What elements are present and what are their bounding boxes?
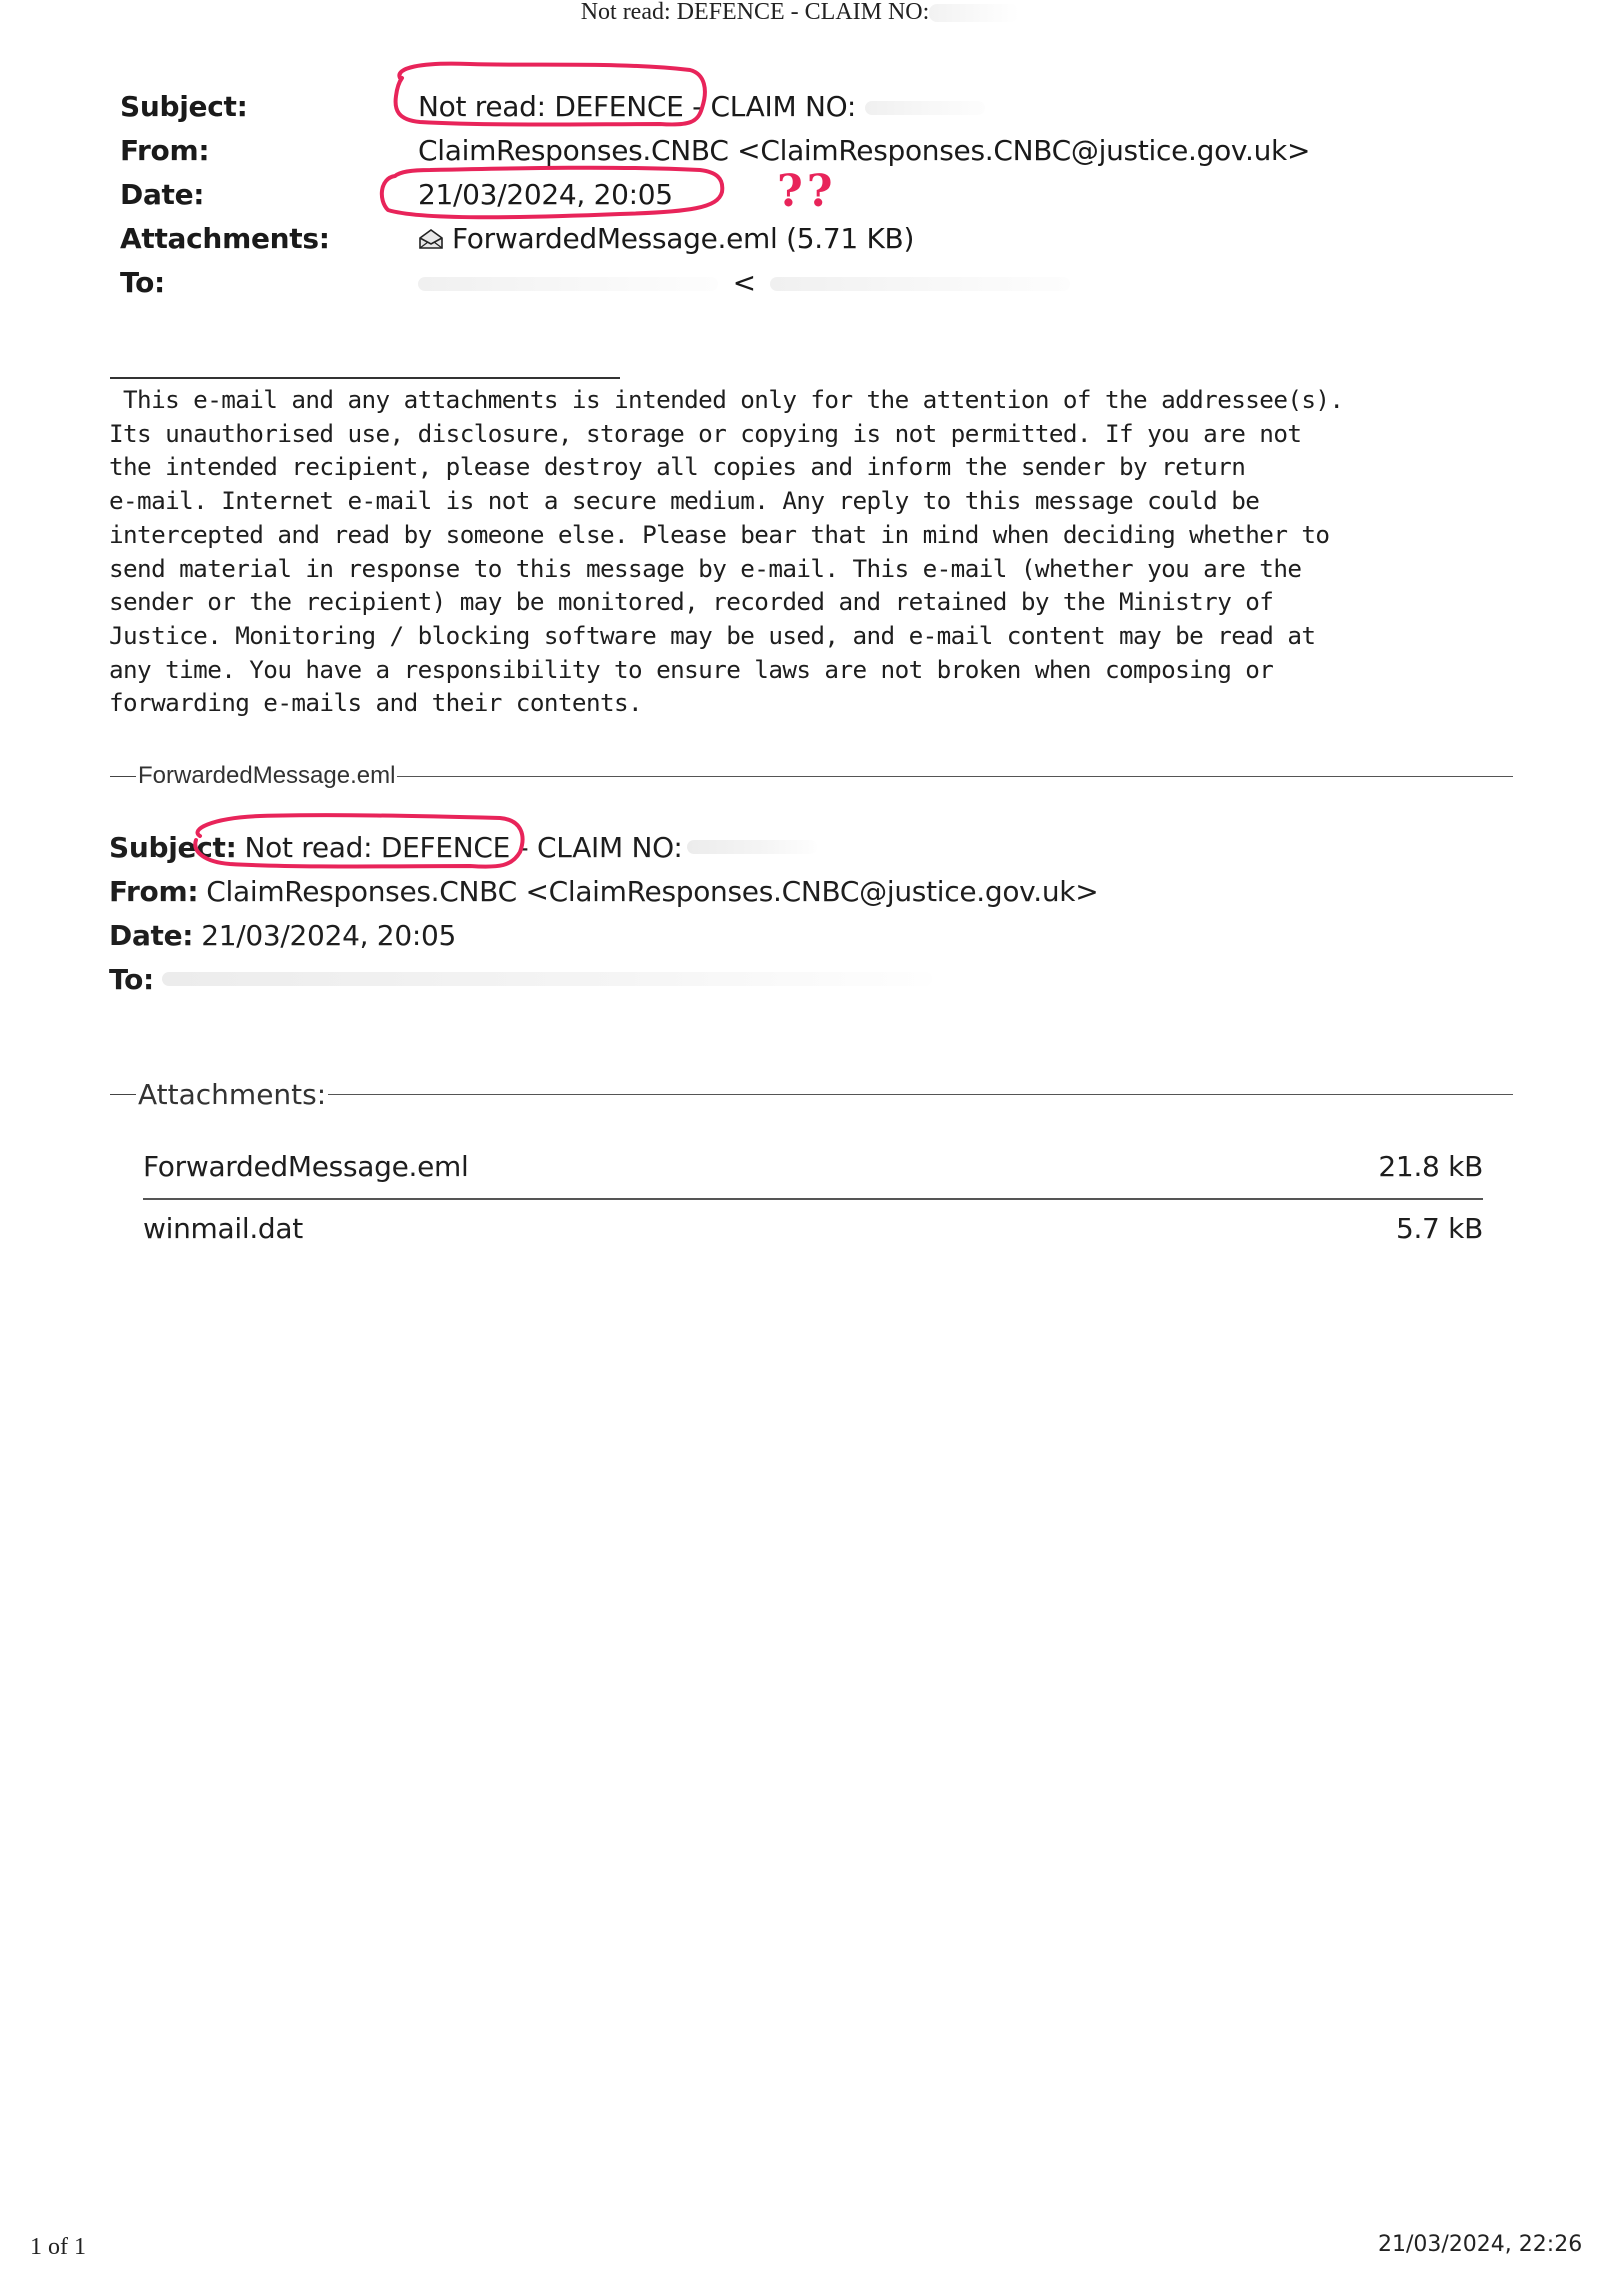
redacted-claim-number xyxy=(929,4,1019,22)
attachments-label: Attachments: xyxy=(120,222,418,255)
attachments-list: ForwardedMessage.eml 21.8 kB winmail.dat… xyxy=(143,1138,1483,1256)
signature-separator xyxy=(110,377,620,379)
attachment-link[interactable]: ForwardedMessage.eml (5.71 KB) xyxy=(418,222,914,255)
header-to-row: To: < xyxy=(120,260,1310,304)
to-bracket: < xyxy=(733,266,756,299)
redacted-recipient-name xyxy=(418,277,718,291)
separator-lead xyxy=(110,1094,136,1095)
attachment-size: 5.7 kB xyxy=(1396,1212,1483,1245)
from-value[interactable]: ClaimResponses.CNBC <ClaimResponses.CNBC… xyxy=(418,134,1310,167)
annotation-question-marks: ?? xyxy=(777,166,837,217)
attachment-item[interactable]: ForwardedMessage.eml 21.8 kB xyxy=(143,1138,1483,1194)
from-label: From: xyxy=(120,134,418,167)
fwd-to-row: To: xyxy=(109,957,1098,1001)
separator-line xyxy=(328,1094,1513,1095)
fwd-subject-row: Subject: Not read: DEFENCE - CLAIM NO: xyxy=(109,825,1098,869)
subject-value: Not read: DEFENCE - CLAIM NO: xyxy=(418,90,985,123)
subject-label: Subject: xyxy=(120,90,418,123)
forwarded-message-legend: ForwardedMessage.eml xyxy=(136,762,397,790)
attachments-separator: Attachments: xyxy=(110,1078,1513,1111)
print-header-title: Not read: DEFENCE - CLAIM NO: xyxy=(581,0,930,25)
redacted-recipient xyxy=(162,972,932,986)
disclaimer-text: This e-mail and any attachments is inten… xyxy=(109,383,1559,720)
fwd-date-value: 21/03/2024, 20:05 xyxy=(201,919,456,952)
attachment-name: ForwardedMessage.eml xyxy=(143,1150,469,1183)
fwd-to-label: To: xyxy=(109,963,154,996)
fwd-from-value[interactable]: ClaimResponses.CNBC <ClaimResponses.CNBC… xyxy=(206,875,1098,908)
fwd-date-row: Date: 21/03/2024, 20:05 xyxy=(109,913,1098,957)
attachments-legend: Attachments: xyxy=(136,1078,328,1111)
envelope-open-icon xyxy=(418,228,444,250)
separator-lead xyxy=(110,776,136,777)
redacted-claim-number xyxy=(865,101,985,115)
print-timestamp: 21/03/2024, 22:26 xyxy=(1378,2232,1582,2257)
separator-line xyxy=(397,776,1513,777)
fwd-date-label: Date: xyxy=(109,919,193,952)
header-from-row: From: ClaimResponses.CNBC <ClaimResponse… xyxy=(120,128,1310,172)
header-attachments-row: Attachments: ForwardedMessage.eml (5.71 … xyxy=(120,216,1310,260)
forwarded-header: Subject: Not read: DEFENCE - CLAIM NO: F… xyxy=(109,825,1098,1001)
fwd-subject-label: Subject: xyxy=(109,831,237,864)
header-date-row: Date: 21/03/2024, 20:05 xyxy=(120,172,1310,216)
fwd-subject-value: Not read: DEFENCE - CLAIM NO: xyxy=(245,831,683,864)
redacted-recipient-email xyxy=(770,277,1070,291)
page-number: 1 of 1 xyxy=(30,2234,86,2261)
attachment-name: ForwardedMessage.eml (5.71 KB) xyxy=(452,222,914,255)
fwd-from-row: From: ClaimResponses.CNBC <ClaimResponse… xyxy=(109,869,1098,913)
message-header: Subject: Not read: DEFENCE - CLAIM NO: F… xyxy=(120,84,1310,304)
print-header: Not read: DEFENCE - CLAIM NO: xyxy=(0,0,1600,24)
attachment-size: 21.8 kB xyxy=(1378,1150,1483,1183)
date-value: 21/03/2024, 20:05 xyxy=(418,178,673,211)
to-label: To: xyxy=(120,266,418,299)
header-subject-row: Subject: Not read: DEFENCE - CLAIM NO: xyxy=(120,84,1310,128)
attachment-name: winmail.dat xyxy=(143,1212,303,1245)
attachment-item[interactable]: winmail.dat 5.7 kB xyxy=(143,1198,1483,1256)
forwarded-message-separator: ForwardedMessage.eml xyxy=(110,762,1513,790)
to-value: < xyxy=(418,266,1070,299)
fwd-from-label: From: xyxy=(109,875,198,908)
subject-text: Not read: DEFENCE - CLAIM NO: xyxy=(418,90,856,123)
redacted-claim-number xyxy=(687,840,817,854)
date-label: Date: xyxy=(120,178,418,211)
